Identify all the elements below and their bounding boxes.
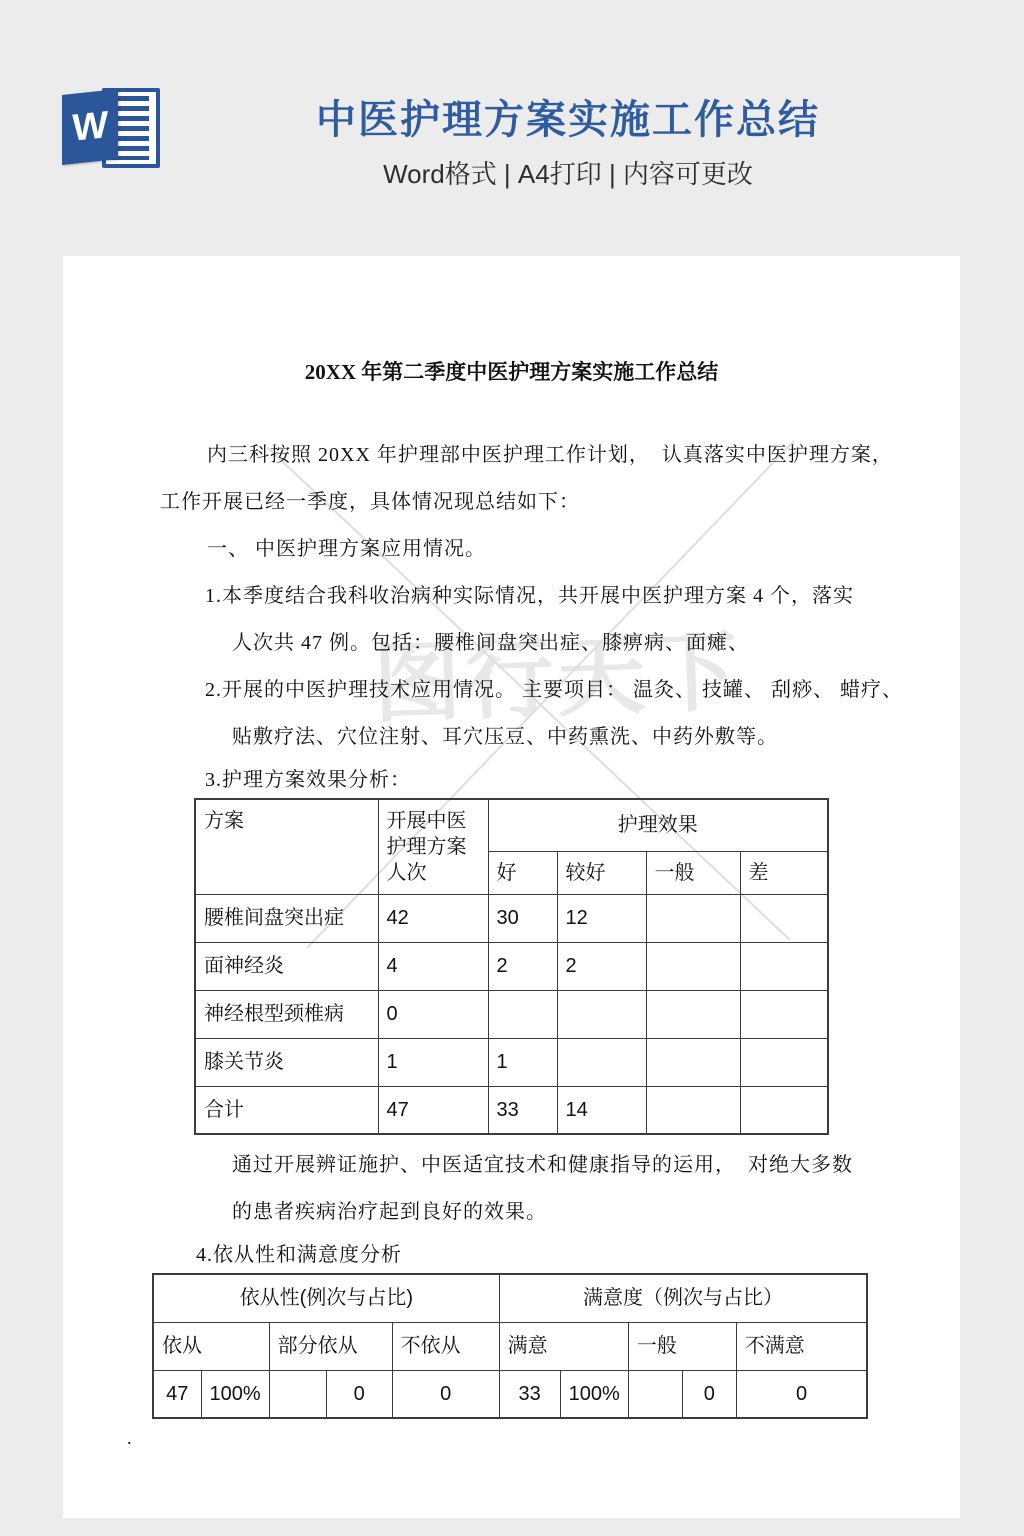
cell-better [557,990,646,1038]
cell-good: 30 [488,894,557,942]
body-line-6: 2.开展的中医护理技术应用情况。 主要项目： 温灸、 技罐、 刮痧、 蜡疗、 [205,673,903,702]
table-row: 合计 47 33 14 [195,1086,828,1134]
col-header-noncomply: 不依从 [392,1322,499,1370]
cell-good: 1 [488,1038,557,1086]
body-line-1: 内三科按照 20XX 年护理部中医护理工作计划， 认真落实中医护理方案， [207,438,893,467]
col-header-neutral: 一般 [628,1322,736,1370]
cell-value: 0 [392,1370,499,1418]
body-line-4: 1.本季度结合我科收治病种实际情况，共开展中医护理方案 4 个，落实 [205,579,854,608]
table-row: 依从 部分依从 不依从 满意 一般 不满意 [153,1322,867,1370]
table-row: 方案 开展中医护理方案人次 护理效果 [195,799,828,851]
cell-value: 100% [560,1370,628,1418]
word-logo-letter: W [62,89,118,165]
body-line-11: 4.依从性和满意度分析 [196,1238,402,1267]
cell-normal [646,942,740,990]
cell-better: 12 [557,894,646,942]
cell-normal [646,1038,740,1086]
cell-value: 100% [201,1370,269,1418]
document-title: 20XX 年第二季度中医护理方案实施工作总结 [63,356,960,386]
compliance-satisfaction-table: 依从性(例次与占比) 满意度（例次与占比） 依从 部分依从 不依从 满意 一般 … [152,1273,868,1419]
table-row: 腰椎间盘突出症 42 30 12 [195,894,828,942]
table-row: 面神经炎 4 2 2 [195,942,828,990]
cell-count: 42 [378,894,488,942]
cell-scheme: 腰椎间盘突出症 [195,894,378,942]
cell-good: 2 [488,942,557,990]
col-header-effect: 护理效果 [488,799,828,851]
col-header-satisfied: 满意 [499,1322,628,1370]
cell-normal [646,1086,740,1134]
cell-poor [740,990,828,1038]
cell-value: 33 [499,1370,560,1418]
body-line-10: 的患者疾病治疗起到良好的效果。 [232,1195,547,1224]
cell-value: 47 [153,1370,201,1418]
cell-value [269,1370,326,1418]
word-template-preview: { "header": { "icon_letter": "W", "title… [0,0,1024,1536]
col-header-scheme: 方案 [195,799,378,894]
body-line-9: 通过开展辨证施护、中医适宜技术和健康指导的运用， 对绝大多数 [232,1148,853,1177]
cell-poor [740,894,828,942]
cell-value: 0 [736,1370,867,1418]
cell-poor [740,942,828,990]
col-header-better: 较好 [557,851,646,894]
col-header-comply: 依从 [153,1322,269,1370]
trailing-period: . [127,1428,132,1449]
cell-scheme: 合计 [195,1086,378,1134]
col-header-unsatisfied: 不满意 [736,1322,867,1370]
body-line-8: 3.护理方案效果分析： [205,763,411,792]
body-line-3: 一、 中医护理方案应用情况。 [207,532,486,561]
cell-scheme: 膝关节炎 [195,1038,378,1086]
col-header-normal: 一般 [646,851,740,894]
cell-count: 4 [378,942,488,990]
group-header-satisfaction: 满意度（例次与占比） [499,1274,867,1322]
cell-poor [740,1086,828,1134]
cell-normal [646,990,740,1038]
col-header-good: 好 [488,851,557,894]
cell-poor [740,1038,828,1086]
cell-good [488,990,557,1038]
cell-value: 0 [682,1370,736,1418]
cell-value: 0 [326,1370,392,1418]
body-line-7: 贴敷疗法、穴位注射、耳穴压豆、中药熏洗、中药外敷等。 [232,720,778,749]
table-row: 神经根型颈椎病 0 [195,990,828,1038]
cell-better [557,1038,646,1086]
word-letter: W [72,104,108,151]
page-title: 中医护理方案实施工作总结 [120,88,1016,145]
table-row: 47 100% 0 0 33 100% 0 0 [153,1370,867,1418]
col-header-poor: 差 [740,851,828,894]
cell-count: 0 [378,990,488,1038]
cell-scheme: 面神经炎 [195,942,378,990]
cell-better: 14 [557,1086,646,1134]
cell-better: 2 [557,942,646,990]
table-row: 依从性(例次与占比) 满意度（例次与占比） [153,1274,867,1322]
cell-count: 47 [378,1086,488,1134]
care-effect-table: 方案 开展中医护理方案人次 护理效果 好 较好 一般 差 腰椎间盘突出症 42 … [194,798,829,1135]
cell-scheme: 神经根型颈椎病 [195,990,378,1038]
page-subtitle: Word格式 | A4打印 | 内容可更改 [120,154,1016,191]
col-header-count: 开展中医护理方案人次 [378,799,488,894]
document-page: 图行天下 20XX 年第二季度中医护理方案实施工作总结 内三科按照 20XX 年… [63,256,960,1518]
group-header-compliance: 依从性(例次与占比) [153,1274,499,1322]
body-line-2: 工作开展已经一季度，具体情况现总结如下： [160,485,580,514]
cell-count: 1 [378,1038,488,1086]
cell-good: 33 [488,1086,557,1134]
table-row: 膝关节炎 1 1 [195,1038,828,1086]
body-line-5: 人次共 47 例。包括：腰椎间盘突出症、膝痹病、面瘫、 [232,626,749,655]
cell-normal [646,894,740,942]
cell-value [628,1370,682,1418]
col-header-partial: 部分依从 [269,1322,392,1370]
